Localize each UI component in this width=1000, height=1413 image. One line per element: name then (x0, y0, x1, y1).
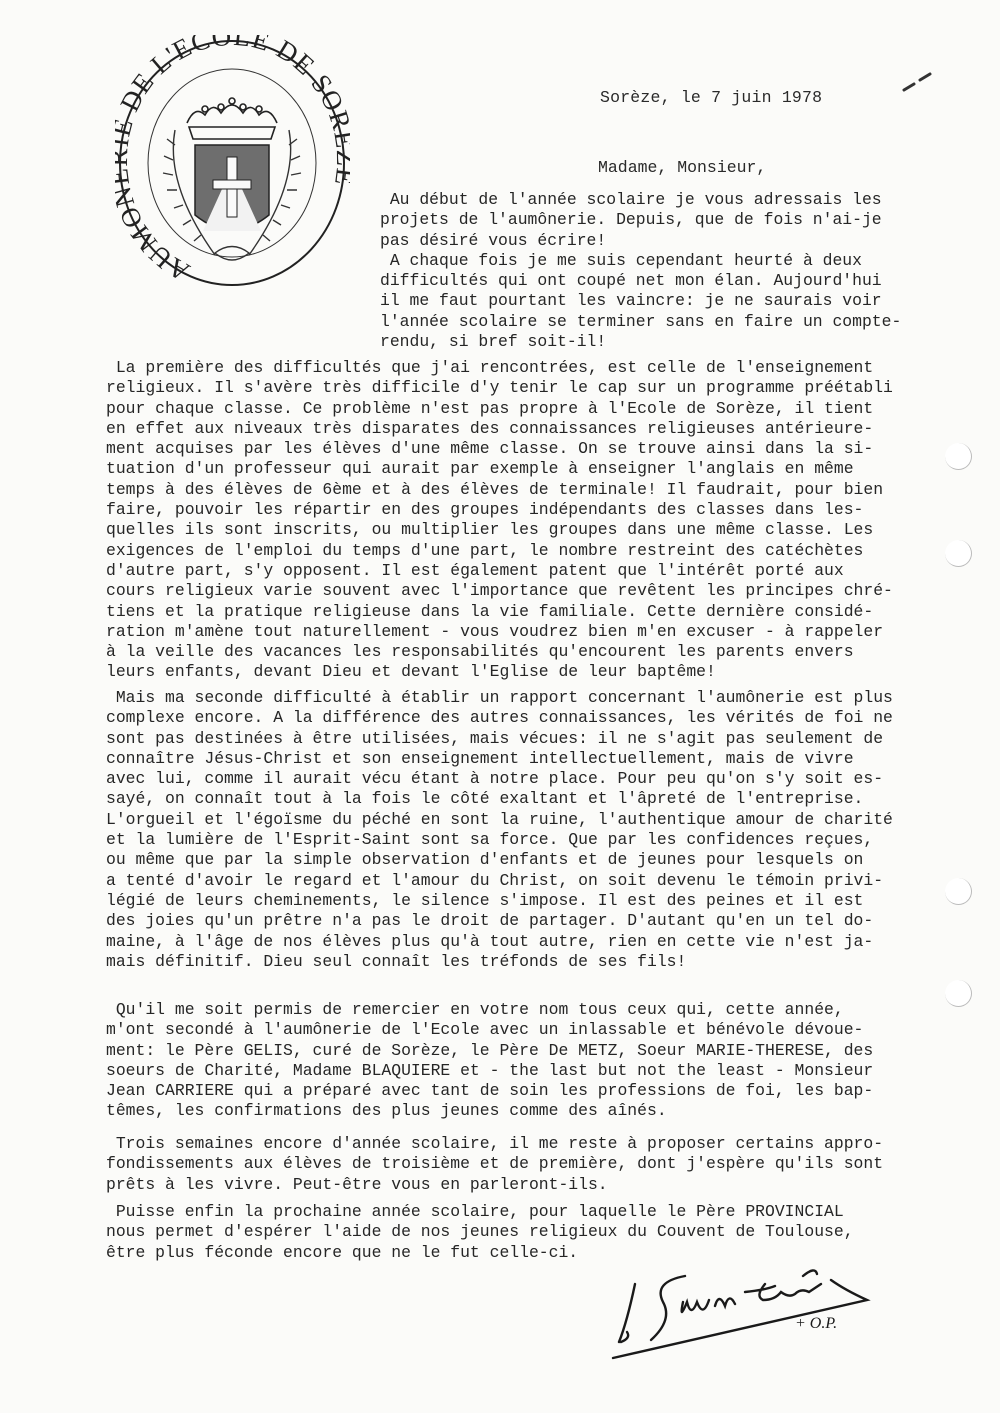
seal-emblem-icon: AUMONERIE DE L'ECOLE DE SOREZE (115, 35, 350, 290)
paragraph-religious-teaching: La première des difficultés que j'ai ren… (106, 358, 893, 683)
paragraph-closing: Puisse enfin la prochaine année scolaire… (106, 1202, 854, 1263)
punch-hole (945, 540, 972, 567)
punch-hole (945, 878, 972, 905)
paragraph-remaining-weeks: Trois semaines encore d'année scolaire, … (106, 1134, 883, 1195)
intro-paragraph: Au début de l'année scolaire je vous adr… (380, 190, 901, 352)
date-line: Sorèze, le 7 juin 1978 (600, 88, 822, 107)
punch-hole (945, 980, 972, 1007)
punch-hole (945, 443, 972, 470)
paragraph-acknowledgements: Qu'il me soit permis de remercier en vot… (106, 1000, 873, 1122)
svg-text:+ O.P.: + O.P. (795, 1315, 837, 1332)
paragraph-second-difficulty: Mais ma seconde difficulté à établir un … (106, 688, 893, 972)
handwritten-signature: + O.P. (605, 1262, 905, 1362)
salutation: Madame, Monsieur, (598, 158, 766, 177)
letter-page: AUMONERIE DE L'ECOLE DE SOREZE Sorèze, l… (0, 0, 1000, 1413)
pen-mark (900, 64, 950, 94)
